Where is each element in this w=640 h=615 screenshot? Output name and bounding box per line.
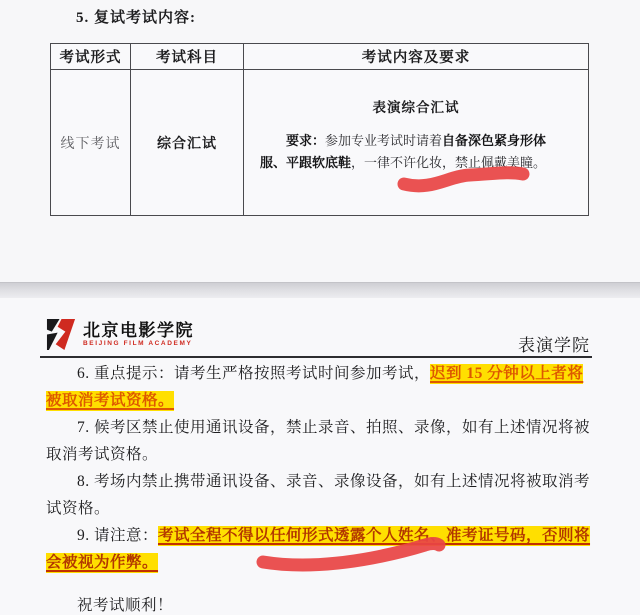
cell-exam-form: 线下考试 xyxy=(51,70,131,216)
closing-wish: 祝考试顺利！ xyxy=(46,592,594,615)
logo-name-cn: 北京电影学院 xyxy=(83,321,194,340)
exam-requirements: 要求：参加专业考试时请着自备深色紧身形体服、平跟软底鞋，一律不许化妆，禁止佩戴美… xyxy=(260,130,572,174)
document-canvas: 5. 复试考试内容: 考试形式 考试科目 考试内容及要求 线下考试 综合汇试 表… xyxy=(0,0,640,615)
page-1: 5. 复试考试内容: 考试形式 考试科目 考试内容及要求 线下考试 综合汇试 表… xyxy=(0,0,640,282)
section-title: 5. 复试考试内容: xyxy=(76,6,196,27)
cell-exam-content: 表演综合汇试 要求：参加专业考试时请着自备深色紧身形体服、平跟软底鞋，一律不许化… xyxy=(244,70,589,216)
item6-text: 6. 重点提示：请考生严格按照考试时间参加考试， xyxy=(77,365,430,382)
bfa-logo-icon xyxy=(46,318,77,351)
department-name: 表演学院 xyxy=(518,331,590,356)
exam-content-title: 表演综合汇试 xyxy=(260,96,572,116)
page-divider xyxy=(0,282,640,298)
notice-item-8: 8. 考场内禁止携带通讯设备、录音、录像设备，如有上述情况将被取消考试资格。 xyxy=(46,468,594,522)
bfa-logo-text: 北京电影学院 BEIJING FILM ACADEMY xyxy=(83,321,194,348)
notice-body: 6. 重点提示：请考生严格按照考试时间参加考试，迟到 15 分钟以上者将被取消考… xyxy=(46,360,594,615)
item9-text: 9. 请注意： xyxy=(77,527,158,544)
page-2: 北京电影学院 BEIJING FILM ACADEMY 表演学院 6. 重点提示… xyxy=(0,298,640,615)
requirement-post: ，一律不许化妆，禁止佩戴美瞳。 xyxy=(351,155,546,170)
requirement-pre: 参加专业考试时请着 xyxy=(325,133,442,148)
notice-item-6: 6. 重点提示：请考生严格按照考试时间参加考试，迟到 15 分钟以上者将被取消考… xyxy=(46,360,594,414)
col-header-exam-form: 考试形式 xyxy=(51,44,131,70)
col-header-exam-content: 考试内容及要求 xyxy=(244,44,589,70)
notice-item-9: 9. 请注意：考试全程不得以任何形式透露个人姓名、准考证号码，否则将会被视为作弊… xyxy=(46,522,594,576)
logo-name-en: BEIJING FILM ACADEMY xyxy=(83,340,194,348)
col-header-exam-subject: 考试科目 xyxy=(131,44,244,70)
header-rule xyxy=(40,356,592,358)
exam-table: 考试形式 考试科目 考试内容及要求 线下考试 综合汇试 表演综合汇试 要求：参加… xyxy=(50,43,589,216)
notice-item-7: 7. 候考区禁止使用通讯设备，禁止录音、拍照、录像，如有上述情况将被取消考试资格… xyxy=(46,414,594,468)
bfa-logo: 北京电影学院 BEIJING FILM ACADEMY xyxy=(46,318,194,351)
table-header-row: 考试形式 考试科目 考试内容及要求 xyxy=(51,44,589,70)
cell-exam-subject: 综合汇试 xyxy=(131,70,244,216)
table-row: 线下考试 综合汇试 表演综合汇试 要求：参加专业考试时请着自备深色紧身形体服、平… xyxy=(51,70,589,216)
requirement-label: 要求： xyxy=(286,133,325,148)
